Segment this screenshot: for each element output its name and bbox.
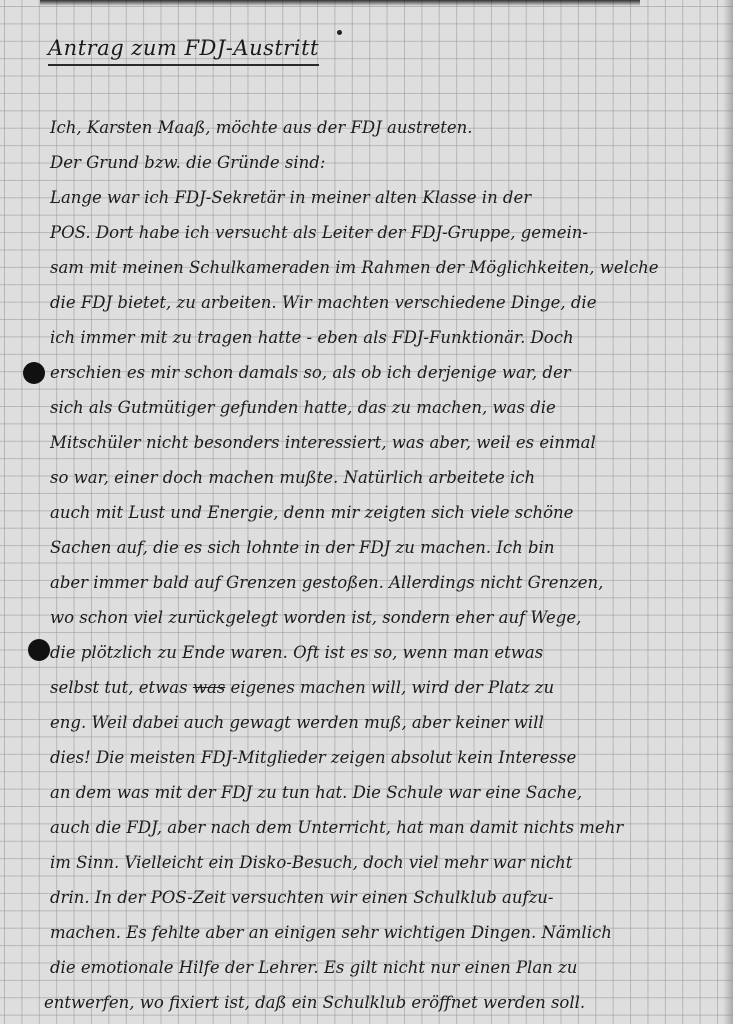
letter-line: Lange war ich FDJ-Sekretär in meiner alt… [50,180,690,215]
letter-line: sam mit meinen Schulkameraden im Rahmen … [50,250,690,285]
ink-speck [337,30,342,35]
letter-line: Mitschüler nicht besonders interessiert,… [50,425,690,460]
letter-line: erschien es mir schon damals so, als ob … [50,355,690,390]
letter-line: wo schon viel zurückgelegt worden ist, s… [50,600,690,635]
letter-line: im Sinn. Vielleicht ein Disko-Besuch, do… [50,845,690,880]
letter-line: auch mit Lust und Energie, denn mir zeig… [50,495,690,530]
struck-word: was [193,678,225,697]
letter-line: aber immer bald auf Grenzen gestoßen. Al… [50,565,690,600]
punch-hole-upper [23,362,45,384]
letter-line: die emotionale Hilfe der Lehrer. Es gilt… [50,950,690,985]
scanned-letter-page: Antrag zum FDJ-Austritt Ich, Karsten Maa… [0,0,733,1024]
letter-line: drin. In der POS-Zeit versuchten wir ein… [50,880,690,915]
punch-hole-lower [28,639,50,661]
letter-line: sich als Gutmütiger gefunden hatte, das … [50,390,690,425]
letter-title: Antrag zum FDJ-Austritt [48,36,319,66]
letter-line: POS. Dort habe ich versucht als Leiter d… [50,215,690,250]
letter-line: Der Grund bzw. die Gründe sind: [50,145,690,180]
letter-line: auch die FDJ, aber nach dem Unterricht, … [50,810,690,845]
letter-line: eng. Weil dabei auch gewagt werden muß, … [50,705,690,740]
letter-line: ich immer mit zu tragen hatte - eben als… [50,320,690,355]
letter-line-with-strikethrough: selbst tut, etwas was eigenes machen wil… [50,670,690,705]
letter-line: machen. Es fehlte aber an einigen sehr w… [50,915,690,950]
letter-line: die plötzlich zu Ende waren. Oft ist es … [50,635,690,670]
letter-line: so war, einer doch machen mußte. Natürli… [50,460,690,495]
scan-top-shadow [40,0,640,6]
letter-line: Ich, Karsten Maaß, möchte aus der FDJ au… [50,110,690,145]
paper-right-edge [723,0,733,1024]
letter-line: die FDJ bietet, zu arbeiten. Wir machten… [50,285,690,320]
letter-line: entwerfen, wo fixiert ist, daß ein Schul… [44,985,690,1020]
letter-line: an dem was mit der FDJ zu tun hat. Die S… [50,775,690,810]
letter-line: Sachen auf, die es sich lohnte in der FD… [50,530,690,565]
letter-body: Ich, Karsten Maaß, möchte aus der FDJ au… [50,110,690,1020]
letter-line: dies! Die meisten FDJ-Mitglieder zeigen … [50,740,690,775]
